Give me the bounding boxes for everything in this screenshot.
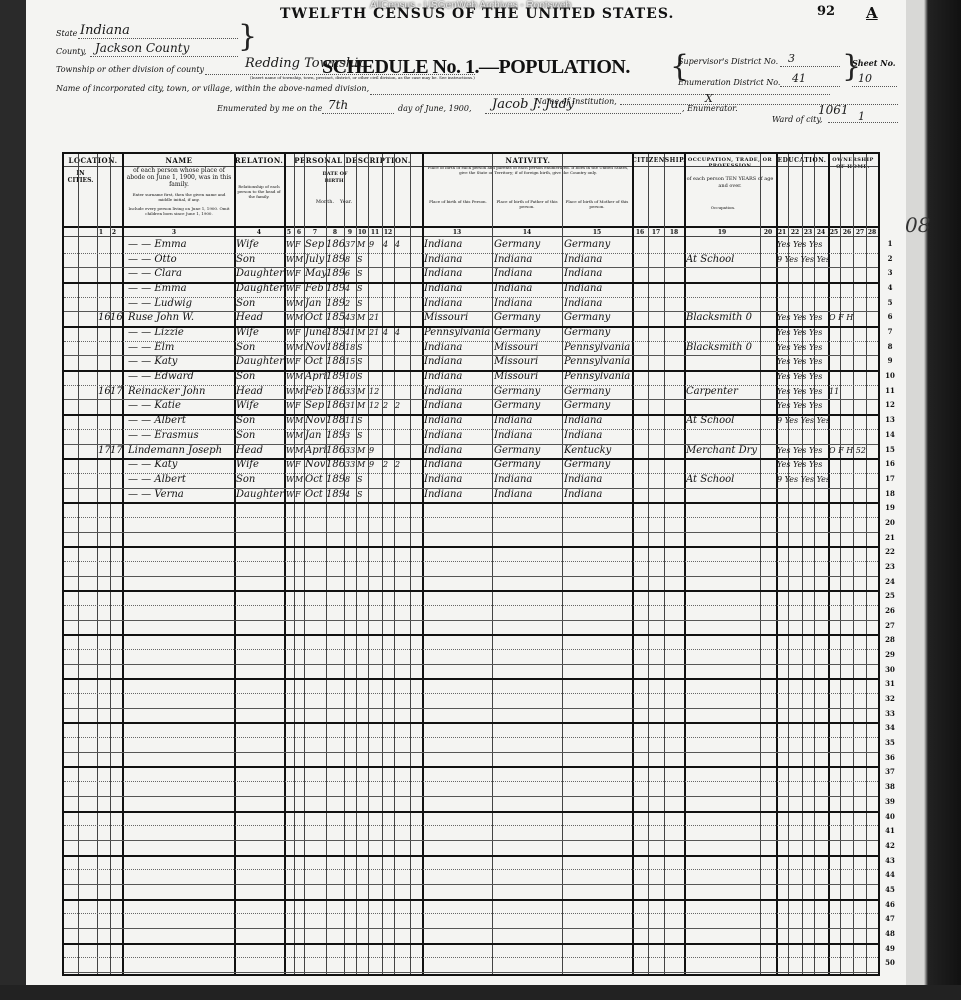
birthplace-cell: Indiana <box>424 267 492 280</box>
relation-header: RELATION. <box>234 157 284 164</box>
header-bottom-rule <box>64 226 878 228</box>
mother-birthplace-cell: Pennsylvania <box>564 355 632 368</box>
name-sub3: Include every person living on June 1, 1… <box>126 206 232 216</box>
education-cell: Yes Yes Yes <box>777 326 828 339</box>
birth-month-cell: Nov <box>305 341 326 354</box>
birthplace-cell: Indiana <box>424 473 492 486</box>
column-number: 1 <box>95 229 107 236</box>
father-birthplace-cell: Indiana <box>494 488 562 501</box>
line-number: 38 <box>880 782 900 791</box>
marital-status-cell: S <box>357 341 368 354</box>
township-note: (Insert name of township, town, precinct… <box>250 75 475 80</box>
birth-month-cell: Feb <box>305 385 326 398</box>
column-number: 28 <box>866 229 878 236</box>
supervisor-label: Supervisor's District No. <box>678 57 778 66</box>
day-underline <box>322 113 394 114</box>
row-rule <box>64 781 878 782</box>
line-number: 28 <box>880 635 900 644</box>
sex-cell: F <box>295 267 304 280</box>
education-cell: Yes Yes Yes <box>777 399 828 412</box>
line-number: 39 <box>880 797 900 806</box>
marital-status-cell: S <box>357 267 368 280</box>
person-name-cell: — — Lizzie <box>128 326 234 339</box>
row-rule <box>64 678 878 680</box>
relation-cell: Daughter <box>236 267 284 280</box>
person-name-cell: — — Verna <box>128 488 234 501</box>
birthplace-cell: Indiana <box>424 355 492 368</box>
birthplace-cell: Indiana <box>424 238 492 251</box>
education-cell: 9 Yes Yes Yes <box>777 473 828 486</box>
enumerated-prefix: Enumerated by me on the <box>217 104 322 113</box>
birth-year-cell: 1862 <box>326 238 344 251</box>
person-name-cell: — — Emma <box>128 282 234 295</box>
line-number: 27 <box>880 621 900 630</box>
line-number: 19 <box>880 503 900 512</box>
color-cell: W <box>286 458 295 471</box>
column-rule <box>78 154 79 974</box>
page-number: 92 <box>817 4 835 19</box>
age-cell: 33 <box>345 444 356 457</box>
marital-status-cell: S <box>357 370 368 383</box>
column-number: 19 <box>716 229 728 236</box>
ownership-cell: O F H <box>829 311 878 324</box>
children-living-cell: 2 <box>395 399 409 412</box>
column-number: 2 <box>108 229 120 236</box>
birth-year-cell: 1895 <box>326 488 344 501</box>
birth-month-cell: Feb <box>305 282 326 295</box>
column-number: 18 <box>668 229 680 236</box>
color-cell: W <box>286 282 295 295</box>
column-number: 23 <box>802 229 814 236</box>
children-living-cell: 2 <box>395 458 409 471</box>
sex-cell: F <box>295 458 304 471</box>
line-number: 44 <box>880 870 900 879</box>
mother-of-children-cell: 4 <box>383 326 394 339</box>
column-rule <box>866 154 867 974</box>
marital-status-cell: M <box>357 399 368 412</box>
sex-cell: M <box>295 444 304 457</box>
name-sub1: of each person whose place of abode on J… <box>126 167 232 188</box>
occupation-cell: Blacksmith 0 <box>686 311 760 324</box>
line-number: 41 <box>880 826 900 835</box>
color-cell: W <box>286 414 295 427</box>
person-name-cell: — — Albert <box>128 473 234 486</box>
line-number: 3 <box>880 268 900 277</box>
line-number: 24 <box>880 577 900 586</box>
mother-birthplace-cell: Kentucky <box>564 444 632 457</box>
relation-cell: Wife <box>236 399 284 412</box>
color-cell: W <box>286 238 295 251</box>
city-underline <box>370 94 830 95</box>
relation-cell: Son <box>236 473 284 486</box>
marital-status-cell: S <box>357 297 368 310</box>
city-label: Name of incorporated city, town, or vill… <box>56 84 369 93</box>
ward-label: Ward of city, <box>772 115 822 124</box>
relation-cell: Son <box>236 370 284 383</box>
family-number-cell: 171 <box>110 444 122 457</box>
person-name-cell: — — Otto <box>128 253 234 266</box>
sex-cell: M <box>295 311 304 324</box>
line-number: 48 <box>880 929 900 938</box>
father-birthplace-cell: Germany <box>494 385 562 398</box>
relation-cell: Head <box>236 311 284 324</box>
marital-status-cell: S <box>357 429 368 442</box>
ward-underline <box>828 122 898 123</box>
age-cell: 11 <box>345 414 356 427</box>
marital-status-cell: M <box>357 385 368 398</box>
birth-year-cell: 1890 <box>326 370 344 383</box>
mother-birthplace-cell: Germany <box>564 385 632 398</box>
column-number: 9 <box>344 229 356 236</box>
supervisor-value: 3 <box>788 52 795 65</box>
line-number: 21 <box>880 533 900 542</box>
line-number: 30 <box>880 665 900 674</box>
father-birthplace-cell: Indiana <box>494 267 562 280</box>
age-cell: 4 <box>345 488 356 501</box>
age-cell: 18 <box>345 341 356 354</box>
marital-status-cell: S <box>357 253 368 266</box>
line-number: 34 <box>880 723 900 732</box>
father-birthplace-cell: Germany <box>494 444 562 457</box>
line-number: 18 <box>880 489 900 498</box>
color-cell: W <box>286 385 295 398</box>
relation-cell: Wife <box>236 326 284 339</box>
age-cell: 8 <box>345 253 356 266</box>
years-married-cell: 9 <box>369 458 382 471</box>
birth-year-cell: 1893 <box>326 267 344 280</box>
birth-year-cell: 1858 <box>326 326 344 339</box>
sex-cell: M <box>295 370 304 383</box>
person-name-cell: — — Albert <box>128 414 234 427</box>
birthplace-cell: Indiana <box>424 341 492 354</box>
age-cell: 33 <box>345 458 356 471</box>
county-label: County, <box>56 47 86 56</box>
birthplace-cell: Pennsylvania <box>424 326 492 339</box>
family-number-cell: 169 <box>110 311 122 324</box>
column-number: 6 <box>293 229 305 236</box>
institution-underline <box>620 104 898 105</box>
color-cell: W <box>286 473 295 486</box>
sheet-label: Sheet No. <box>852 58 896 68</box>
education-cell: Yes Yes Yes <box>777 458 828 471</box>
mother-of-children-cell: 2 <box>383 458 394 471</box>
column-rule <box>410 154 411 974</box>
line-number: 10 <box>880 371 900 380</box>
column-number-rule <box>64 236 878 237</box>
age-cell: 43 <box>345 311 356 324</box>
county-underline <box>90 56 238 57</box>
father-birthplace-cell: Missouri <box>494 370 562 383</box>
birth-month-cell: Nov <box>305 414 326 427</box>
column-rule <box>110 154 111 974</box>
mother-of-children-cell: 2 <box>383 399 394 412</box>
column-number: 12 <box>382 229 394 236</box>
education-cell: 9 Yes Yes Yes <box>777 253 828 266</box>
occupation-cell: Merchant Dry Goods <box>686 444 760 457</box>
scan-left-edge <box>0 0 26 1000</box>
line-number: 49 <box>880 944 900 953</box>
column-rule <box>562 154 563 974</box>
birthplace-cell: Indiana <box>424 488 492 501</box>
line-number: 25 <box>880 591 900 600</box>
education-cell: 9 Yes Yes Yes <box>777 414 828 427</box>
birth-father-header: Place of birth of Father of this person. <box>494 199 560 209</box>
column-number: 27 <box>854 229 866 236</box>
enumerator-underline <box>485 113 681 114</box>
sex-cell: M <box>295 341 304 354</box>
mother-birthplace-cell: Pennsylvania <box>564 370 632 383</box>
birth-month-cell: Oct <box>305 488 326 501</box>
line-number: 23 <box>880 562 900 571</box>
relation-cell: Son <box>236 414 284 427</box>
township-label: Township or other division of county <box>56 65 204 74</box>
education-cell: Yes Yes Yes <box>777 370 828 383</box>
header-divider <box>64 166 878 167</box>
row-rule <box>64 576 878 577</box>
family-number-cell: 170 <box>110 385 122 398</box>
occupation-header: OCCUPATION, TRADE, OR PROFESSION <box>684 157 776 169</box>
mother-of-children-cell: 4 <box>383 238 394 251</box>
marital-status-cell: M <box>357 444 368 457</box>
relation-cell: Son <box>236 341 284 354</box>
years-married-cell: 12 <box>369 385 382 398</box>
age-cell: 4 <box>345 282 356 295</box>
birth-month-cell: Oct <box>305 355 326 368</box>
ownership-cell: O F H 52 <box>829 444 878 457</box>
row-rule <box>64 811 878 813</box>
birth-month-cell: April <box>305 444 326 457</box>
row-rule <box>64 605 878 606</box>
township-value: Redding Township <box>245 56 367 71</box>
line-number: 4 <box>880 283 900 292</box>
column-rule <box>684 154 686 974</box>
enumerator-label: , Enumerator. <box>682 104 738 113</box>
birth-person-header: Place of birth of this Person. <box>426 199 490 204</box>
birth-year-cell: 1891 <box>326 253 344 266</box>
row-rule <box>64 957 878 958</box>
column-rule <box>788 154 789 974</box>
birth-year-cell: 1888 <box>326 414 344 427</box>
age-cell: 6 <box>345 267 356 280</box>
marital-status-cell: S <box>357 282 368 295</box>
row-rule <box>64 928 878 929</box>
mother-birthplace-cell: Indiana <box>564 267 632 280</box>
line-number: 13 <box>880 415 900 424</box>
father-birthplace-cell: Germany <box>494 399 562 412</box>
state-underline <box>78 38 238 39</box>
sex-cell: M <box>295 429 304 442</box>
line-number: 14 <box>880 430 900 439</box>
color-cell: W <box>286 341 295 354</box>
line-number: 9 <box>880 356 900 365</box>
father-birthplace-cell: Germany <box>494 311 562 324</box>
person-name-cell: — — Katie <box>128 399 234 412</box>
color-cell: W <box>286 326 295 339</box>
row-rule <box>64 532 878 533</box>
age-cell: 33 <box>345 385 356 398</box>
birthplace-cell: Indiana <box>424 458 492 471</box>
occupation-sub: of each person TEN YEARS of age and over… <box>684 176 776 190</box>
in-cities-header: IN CITIES. <box>64 170 97 184</box>
person-name-cell: — — Edward <box>128 370 234 383</box>
row-rule <box>64 913 878 914</box>
birth-mother-header: Place of birth of Mother of this person. <box>564 199 630 209</box>
birth-year-cell: 1884 <box>326 355 344 368</box>
color-cell: W <box>286 297 295 310</box>
father-birthplace-cell: Indiana <box>494 414 562 427</box>
column-number: 24 <box>815 229 827 236</box>
column-number: 22 <box>789 229 801 236</box>
row-rule <box>64 884 878 885</box>
column-number: 20 <box>762 229 774 236</box>
column-number: 3 <box>168 229 180 236</box>
column-rule <box>382 154 383 974</box>
age-cell: 15 <box>345 355 356 368</box>
column-rule <box>840 154 841 974</box>
enumeration-value: 41 <box>792 72 806 85</box>
column-number: 4 <box>253 229 265 236</box>
father-birthplace-cell: Germany <box>494 326 562 339</box>
person-name-cell: — — Emma <box>128 238 234 251</box>
line-number: 6 <box>880 312 900 321</box>
color-cell: W <box>286 311 295 324</box>
relation-cell: Son <box>236 429 284 442</box>
column-rule <box>648 154 649 974</box>
marital-status-cell: S <box>357 414 368 427</box>
color-cell: W <box>286 399 295 412</box>
mother-birthplace-cell: Germany <box>564 399 632 412</box>
mother-birthplace-cell: Pennsylvania <box>564 341 632 354</box>
name-header: NAME <box>124 157 234 164</box>
birth-month-cell: Sep <box>305 238 326 251</box>
row-rule <box>64 634 878 636</box>
age-cell: 10 <box>345 370 356 383</box>
education-cell: Yes Yes Yes <box>777 444 828 457</box>
birthplace-cell: Indiana <box>424 282 492 295</box>
relation-sub: Relationship of each person to the head … <box>236 184 282 199</box>
line-number: 45 <box>880 885 900 894</box>
birth-year-cell: 1897 <box>326 429 344 442</box>
scan-right-edge <box>906 0 961 1000</box>
birthplace-cell: Indiana <box>424 385 492 398</box>
color-cell: W <box>286 267 295 280</box>
sex-cell: F <box>295 326 304 339</box>
sex-cell: M <box>295 297 304 310</box>
page-letter: A <box>866 4 878 22</box>
birth-month-cell: July <box>305 253 326 266</box>
sex-cell: F <box>295 282 304 295</box>
birthplace-cell: Indiana <box>424 414 492 427</box>
mother-birthplace-cell: Indiana <box>564 253 632 266</box>
row-rule <box>64 766 878 768</box>
line-number: 8 <box>880 342 900 351</box>
ownership-cell: 11 <box>829 385 878 398</box>
mother-birthplace-cell: Germany <box>564 311 632 324</box>
relation-cell: Wife <box>236 458 284 471</box>
row-rule <box>64 972 878 973</box>
age-cell: 31 <box>345 399 356 412</box>
row-rule <box>64 664 878 665</box>
person-name-cell: — — Katy <box>128 355 234 368</box>
mother-birthplace-cell: Germany <box>564 458 632 471</box>
birth-year-cell: 1881 <box>326 341 344 354</box>
mother-birthplace-cell: Indiana <box>564 429 632 442</box>
years-married-cell: 21 <box>369 311 382 324</box>
column-rule <box>760 154 761 974</box>
stamp-number: 1061 <box>818 103 849 117</box>
father-birthplace-cell: Missouri <box>494 341 562 354</box>
line-number: 47 <box>880 914 900 923</box>
line-number: 11 <box>880 386 900 395</box>
year-header: Year. <box>336 199 356 206</box>
marital-status-cell: M <box>357 311 368 324</box>
column-rule <box>394 154 395 974</box>
years-married-cell: 9 <box>369 238 382 251</box>
column-number: 8 <box>329 229 341 236</box>
sex-cell: F <box>295 399 304 412</box>
dwelling-number-cell: 169 <box>98 385 110 398</box>
education-cell: Yes Yes Yes <box>777 385 828 398</box>
years-married-cell: 21 <box>369 326 382 339</box>
sex-cell: M <box>295 253 304 266</box>
birth-month-cell: Jan <box>305 429 326 442</box>
occupation-cell: Blacksmith 0 <box>686 341 760 354</box>
mother-birthplace-cell: Indiana <box>564 488 632 501</box>
mother-birthplace-cell: Germany <box>564 326 632 339</box>
marital-status-cell: S <box>357 473 368 486</box>
occupation-cell: At School <box>686 473 760 486</box>
enumerated-mid: day of June, 1900, <box>398 104 472 113</box>
birthplace-cell: Indiana <box>424 297 492 310</box>
line-number: 42 <box>880 841 900 850</box>
education-cell: Yes Yes Yes <box>777 311 828 324</box>
sex-cell: F <box>295 488 304 501</box>
row-rule <box>64 855 878 857</box>
supervisor-underline <box>780 66 840 67</box>
relation-cell: Daughter <box>236 355 284 368</box>
column-rule <box>122 154 124 974</box>
line-number: 12 <box>880 400 900 409</box>
person-name-cell: — — Elm <box>128 341 234 354</box>
occupation-cell: At School <box>686 414 760 427</box>
mother-birthplace-cell: Indiana <box>564 414 632 427</box>
marital-status-cell: S <box>357 488 368 501</box>
column-rule <box>802 154 803 974</box>
birth-year-cell: 1868 <box>326 399 344 412</box>
row-rule <box>64 796 878 797</box>
column-number: 13 <box>451 229 463 236</box>
birth-month-cell: June <box>305 326 326 339</box>
line-number: 31 <box>880 679 900 688</box>
years-married-cell: 9 <box>369 444 382 457</box>
birth-year-cell: 1896 <box>326 282 344 295</box>
mother-birthplace-cell: Indiana <box>564 282 632 295</box>
column-rule <box>776 154 778 974</box>
line-number: 15 <box>880 445 900 454</box>
dwelling-number-cell: 168 <box>98 311 110 324</box>
color-cell: W <box>286 429 295 442</box>
mother-birthplace-cell: Indiana <box>564 297 632 310</box>
relation-cell: Head <box>236 385 284 398</box>
state-county-brace: } <box>238 22 257 52</box>
line-number: 16 <box>880 459 900 468</box>
line-number: 5 <box>880 298 900 307</box>
line-number: 40 <box>880 812 900 821</box>
father-birthplace-cell: Missouri <box>494 355 562 368</box>
birth-year-cell: 1891 <box>326 473 344 486</box>
line-number: 33 <box>880 709 900 718</box>
age-cell: 41 <box>345 326 356 339</box>
